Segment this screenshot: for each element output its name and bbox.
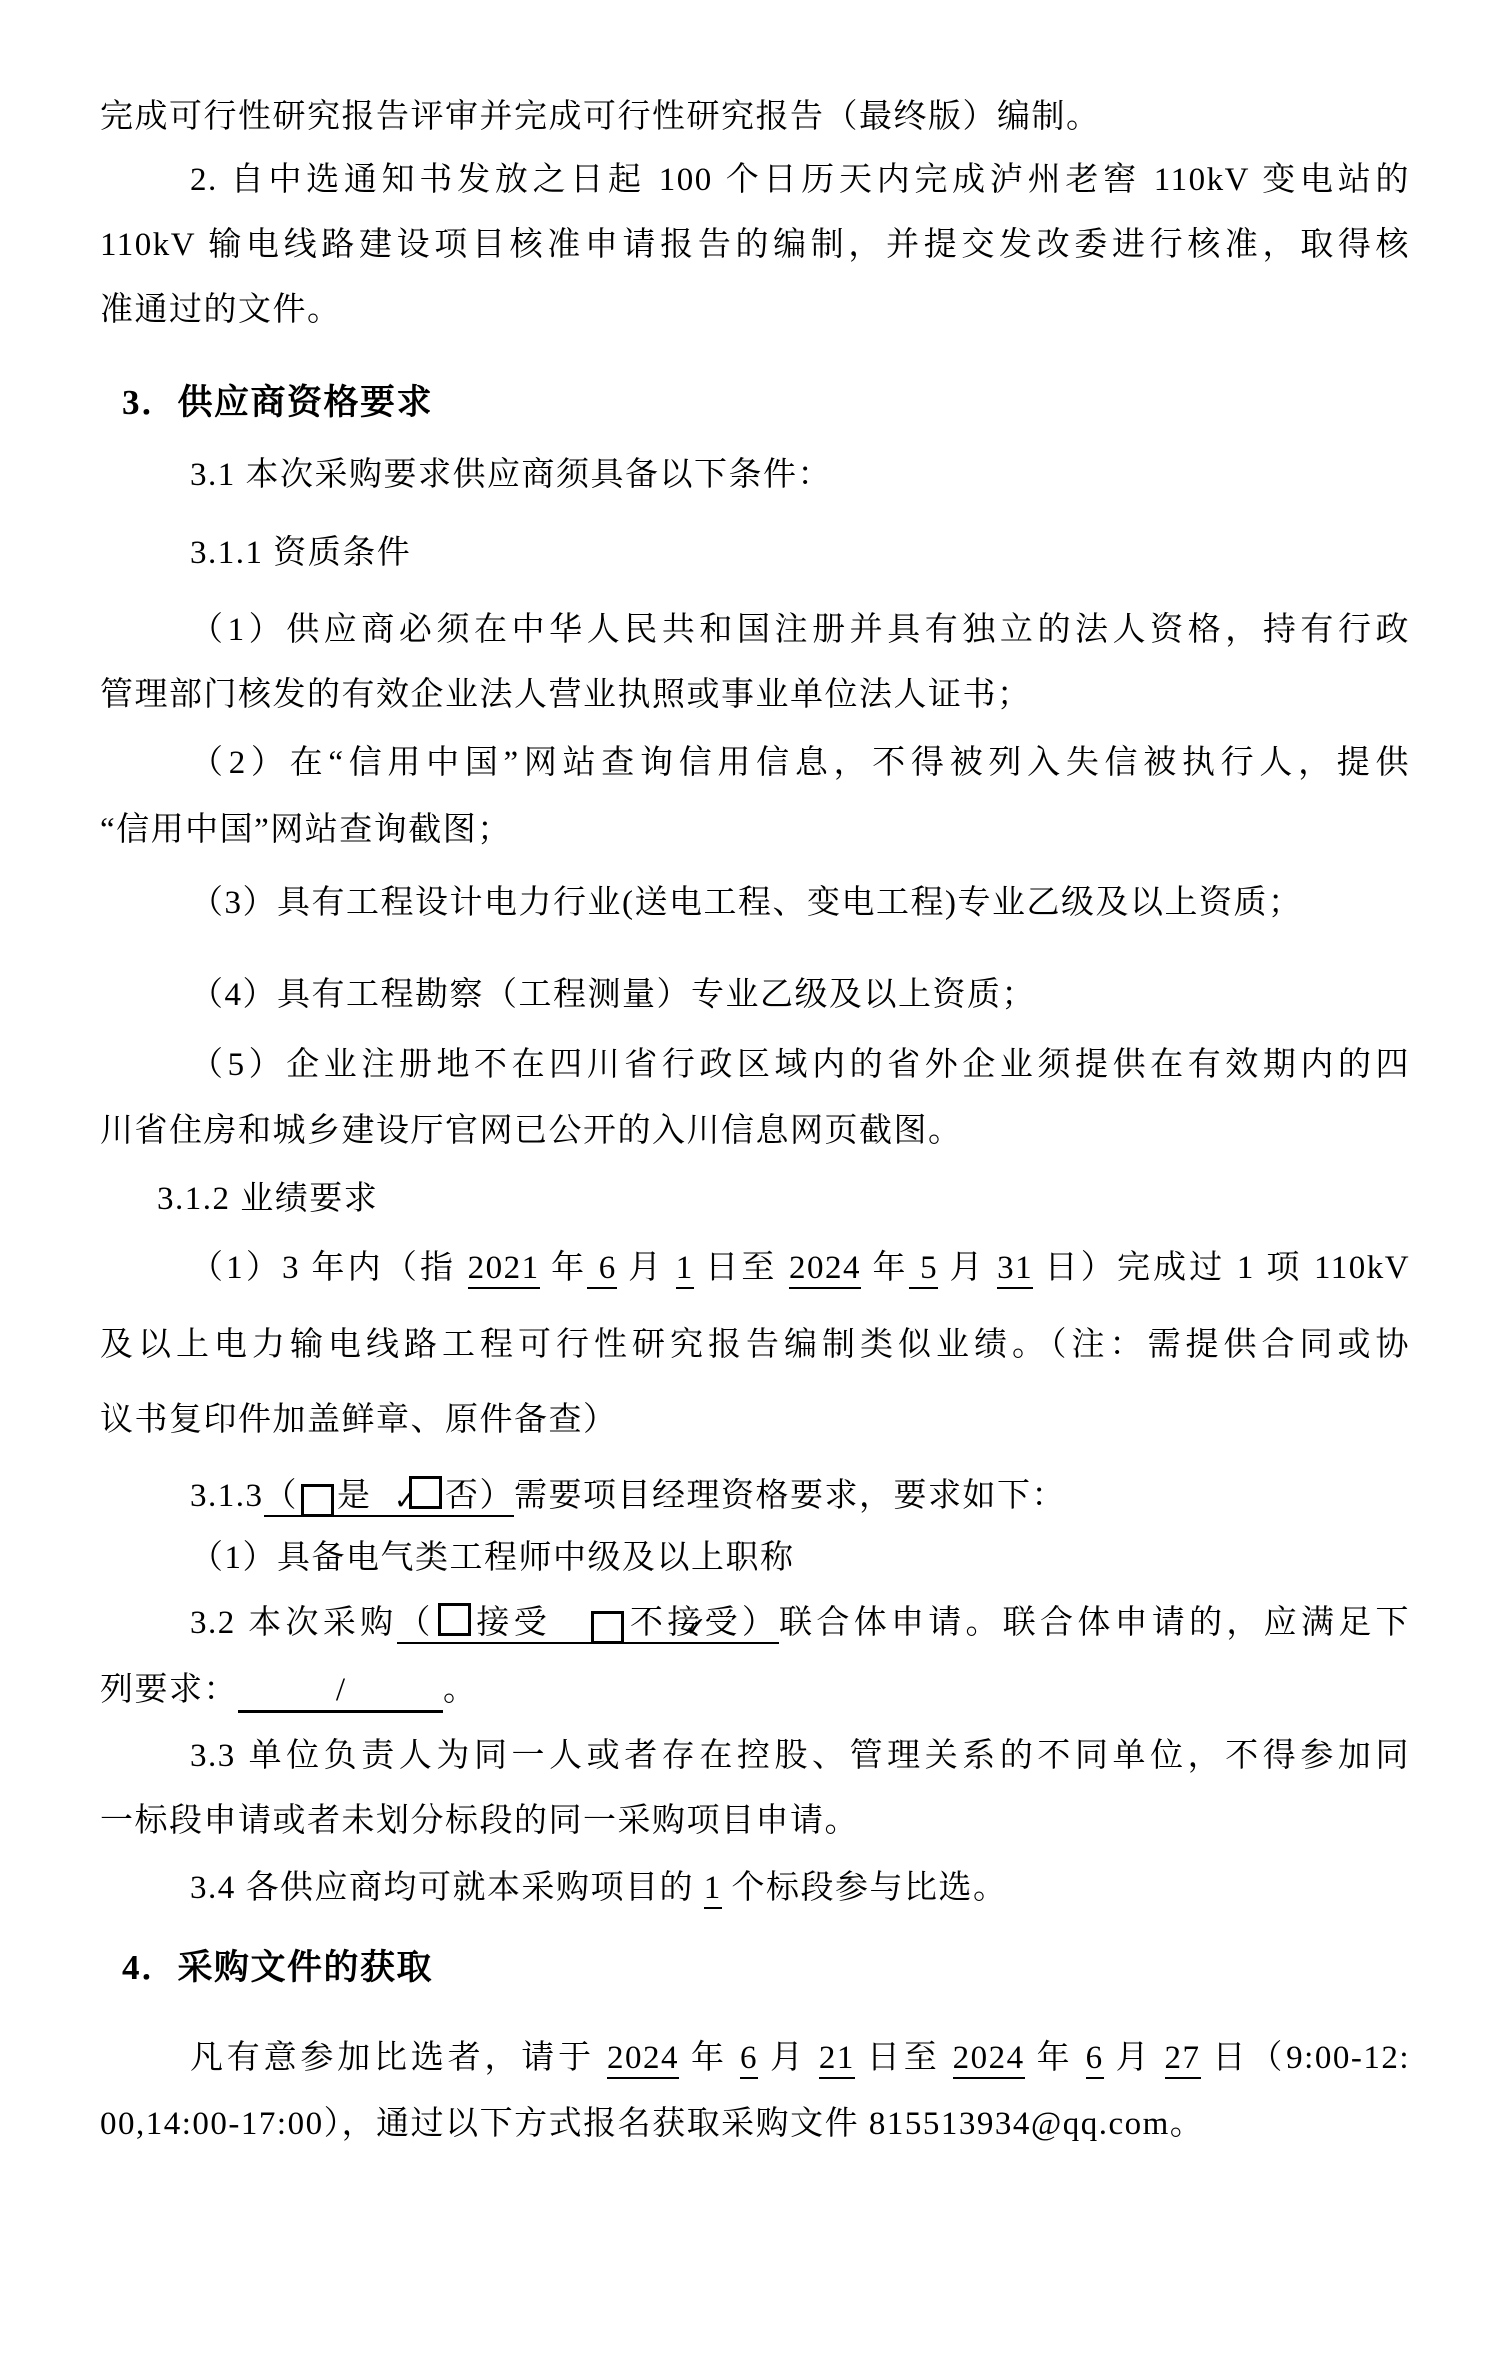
para-3-1-3: 3.1.3（✓是 否）需要项目经理资格要求，要求如下： (100, 1476, 1410, 1517)
para-item2-line3: 准通过的文件。 (100, 290, 1410, 330)
checkbox-wrap (406, 1478, 445, 1517)
para-3-2-line1: 3.2 本次采购（接受 ✓不接受）联合体申请。联合体申请的，应满足下 (100, 1603, 1410, 1644)
text-run: 5 (909, 1250, 938, 1289)
text-run: 日至 (694, 1250, 789, 1286)
para-qual-1-line1: （1）供应商必须在中华人民共和国注册并具有独立的法人资格，持有行政 (100, 610, 1410, 650)
text-run: 4．采购文件的获取 (122, 1948, 433, 1987)
para-obtain-line2: 00,14:00-17:00），通过以下方式报名获取采购文件 815513934… (100, 2104, 1410, 2144)
text-run: 00,14:00-17:00），通过以下方式报名获取采购文件 815513934… (100, 2106, 1204, 2142)
fill-in-blank: / (238, 1670, 443, 1713)
checkbox-empty-icon (438, 1603, 471, 1636)
text-run: 否） (445, 1478, 514, 1517)
para-qual-4: （4）具有工程勘察（工程测量）专业乙级及以上资质； (100, 975, 1410, 1015)
text-run: 3．供应商资格要求 (122, 383, 433, 422)
text-run: 6 (1086, 2040, 1104, 2079)
section-4-heading: 4．采购文件的获取 (100, 1948, 1410, 1988)
text-run: 3.1.2 业绩要求 (157, 1181, 378, 1217)
text-run: 列要求： (100, 1672, 238, 1708)
para-qual-5-line1: （5）企业注册地不在四川省行政区域内的省外企业须提供在有效期内的四 (100, 1045, 1410, 1085)
text-run: （5）企业注册地不在四川省行政区域内的省外企业须提供在有效期内的四 (190, 1047, 1410, 1083)
text-run: 不接受） (627, 1605, 779, 1644)
text-run: 川省住房和城乡建设厅官网已公开的入川信息网页截图。 (100, 1113, 963, 1149)
text-run: 需要项目经理资格要求，要求如下： (514, 1478, 1066, 1514)
text-run: 管理部门核发的有效企业法人营业执照或事业单位法人证书； (100, 677, 1032, 713)
text-run: 日至 (855, 2040, 953, 2076)
para-item2-line1: 2. 自中选通知书发放之日起 100 个日历天内完成泸州老窖 110kV 变电站… (100, 160, 1410, 200)
text-run: （2）在“信用中国”网站查询信用信息，不得被列入失信被执行人，提供 (190, 745, 1410, 781)
checkbox-wrap: ✓ (298, 1478, 337, 1517)
text-run: 27 (1165, 2040, 1201, 2079)
text-run: （ (397, 1605, 434, 1644)
para-item2-line2: 110kV 输电线路建设项目核准申请报告的编制，并提交发改委进行核准，取得核 (100, 225, 1410, 265)
text-run: 3.1.1 资质条件 (190, 535, 411, 571)
checkbox-checked-icon: ✓ (591, 1611, 624, 1644)
text-run: 6 (587, 1250, 616, 1289)
para-3-4: 3.4 各供应商均可就本采购项目的 1 个标段参与比选。 (100, 1868, 1410, 1908)
text-run: 年 (861, 1250, 909, 1286)
document-page: 完成可行性研究报告评审并完成可行性研究报告（最终版）编制。2. 自中选通知书发放… (0, 0, 1500, 2372)
checkbox-empty-icon (409, 1476, 442, 1509)
text-run: 2021 (468, 1250, 540, 1289)
text-run: 年 (679, 2040, 740, 2076)
para-qual-3: （3）具有工程设计电力行业(送电工程、变电工程)专业乙级及以上资质； (100, 883, 1410, 923)
para-3-3-line1: 3.3 单位负责人为同一人或者存在控股、管理关系的不同单位，不得参加同 (100, 1736, 1410, 1776)
checkbox-wrap: ✓ (588, 1605, 627, 1644)
para-perf-1-line1: （1）3 年内（指 2021 年 6 月 1 日至 2024 年 5 月 31 … (100, 1248, 1410, 1288)
para-pm-req-1: （1）具备电气类工程师中级及以上职称 (100, 1538, 1410, 1578)
text-run: 日）完成过 1 项 110kV (1033, 1250, 1410, 1286)
text-run: 个标段参与比选。 (722, 1870, 1008, 1906)
para-feasibility-report: 完成可行性研究报告评审并完成可行性研究报告（最终版）编制。 (100, 97, 1410, 137)
para-perf-1-line3: 议书复印件加盖鲜章、原件备查） (100, 1400, 1410, 1440)
text-run: 。 (443, 1672, 478, 1708)
text-run: （1）具备电气类工程师中级及以上职称 (190, 1540, 795, 1576)
text-run: 3.4 各供应商均可就本采购项目的 (190, 1870, 704, 1906)
text-run: 年 (540, 1250, 588, 1286)
text-run: （3）具有工程设计电力行业(送电工程、变电工程)专业乙级及以上资质； (190, 885, 1302, 921)
text-run: 31 (997, 1250, 1033, 1289)
text-run: （4）具有工程勘察（工程测量）专业乙级及以上资质； (190, 977, 1036, 1013)
text-run: （ (264, 1478, 299, 1517)
para-3-2-line2: 列要求：/。 (100, 1670, 1410, 1713)
text-run: 及以上电力输电线路工程可行性研究报告编制类似业绩。（注：需提供合同或协 (100, 1327, 1410, 1363)
text-run: （1）供应商必须在中华人民共和国注册并具有独立的法人资格，持有行政 (190, 612, 1410, 648)
text-run: 3.3 单位负责人为同一人或者存在控股、管理关系的不同单位，不得参加同 (190, 1738, 1410, 1774)
text-run: （1）3 年内（指 (190, 1250, 468, 1286)
para-qual-5-line2: 川省住房和城乡建设厅官网已公开的入川信息网页截图。 (100, 1111, 1410, 1151)
text-run: 6 (740, 2040, 758, 2079)
para-qual-1-line2: 管理部门核发的有效企业法人营业执照或事业单位法人证书； (100, 675, 1410, 715)
text-run: 110kV 输电线路建设项目核准申请报告的编制，并提交发改委进行核准，取得核 (100, 227, 1410, 263)
text-run: 月 (617, 1250, 676, 1286)
text-run: 联合体申请。联合体申请的，应满足下 (779, 1605, 1410, 1641)
para-qual-2-line1: （2）在“信用中国”网站查询信用信息，不得被列入失信被执行人，提供 (100, 743, 1410, 783)
text-run: 接受 (474, 1605, 589, 1644)
text-run: 3.2 本次采购 (190, 1605, 397, 1641)
text-run: 2024 (953, 2040, 1025, 2079)
section-3-heading: 3．供应商资格要求 (100, 383, 1410, 423)
text-run: 1 (676, 1250, 694, 1289)
text-run: 21 (819, 2040, 855, 2079)
para-3-1-2: 3.1.2 业绩要求 (100, 1179, 1410, 1219)
text-run: 2. 自中选通知书发放之日起 100 个日历天内完成泸州老窖 110kV 变电站… (190, 162, 1410, 198)
para-3-1-1: 3.1.1 资质条件 (100, 533, 1410, 573)
checkbox-checked-icon: ✓ (301, 1484, 334, 1517)
para-3-1: 3.1 本次采购要求供应商须具备以下条件： (100, 455, 1410, 495)
text-run: 日（9:00-12: (1201, 2040, 1411, 2076)
text-run: 2024 (789, 1250, 861, 1289)
para-3-3-line2: 一标段申请或者未划分标段的同一采购项目申请。 (100, 1801, 1410, 1841)
para-perf-1-line2: 及以上电力输电线路工程可行性研究报告编制类似业绩。（注：需提供合同或协 (100, 1325, 1410, 1365)
text-run: 准通过的文件。 (100, 292, 342, 328)
text-run: 完成可行性研究报告评审并完成可行性研究报告（最终版）编制。 (100, 99, 1101, 135)
text-run: “信用中国”网站查询截图； (100, 812, 512, 848)
text-run: 月 (938, 1250, 997, 1286)
text-run: 1 (704, 1870, 722, 1909)
text-run: 月 (758, 2040, 819, 2076)
checkbox-wrap (435, 1605, 474, 1644)
text-run: 一标段申请或者未划分标段的同一采购项目申请。 (100, 1803, 859, 1839)
text-run: 3.1.3 (190, 1478, 264, 1514)
text-run: 凡有意参加比选者，请于 (190, 2040, 607, 2076)
text-run: 2024 (607, 2040, 679, 2079)
text-run: 是 (337, 1478, 406, 1517)
text-run: 年 (1025, 2040, 1086, 2076)
para-qual-2-line2: “信用中国”网站查询截图； (100, 810, 1410, 850)
para-obtain-line1: 凡有意参加比选者，请于 2024 年 6 月 21 日至 2024 年 6 月 … (100, 2038, 1410, 2078)
text-run: 3.1 本次采购要求供应商须具备以下条件： (190, 457, 832, 493)
text-run: 议书复印件加盖鲜章、原件备查） (100, 1402, 618, 1438)
text-run: 月 (1104, 2040, 1165, 2076)
